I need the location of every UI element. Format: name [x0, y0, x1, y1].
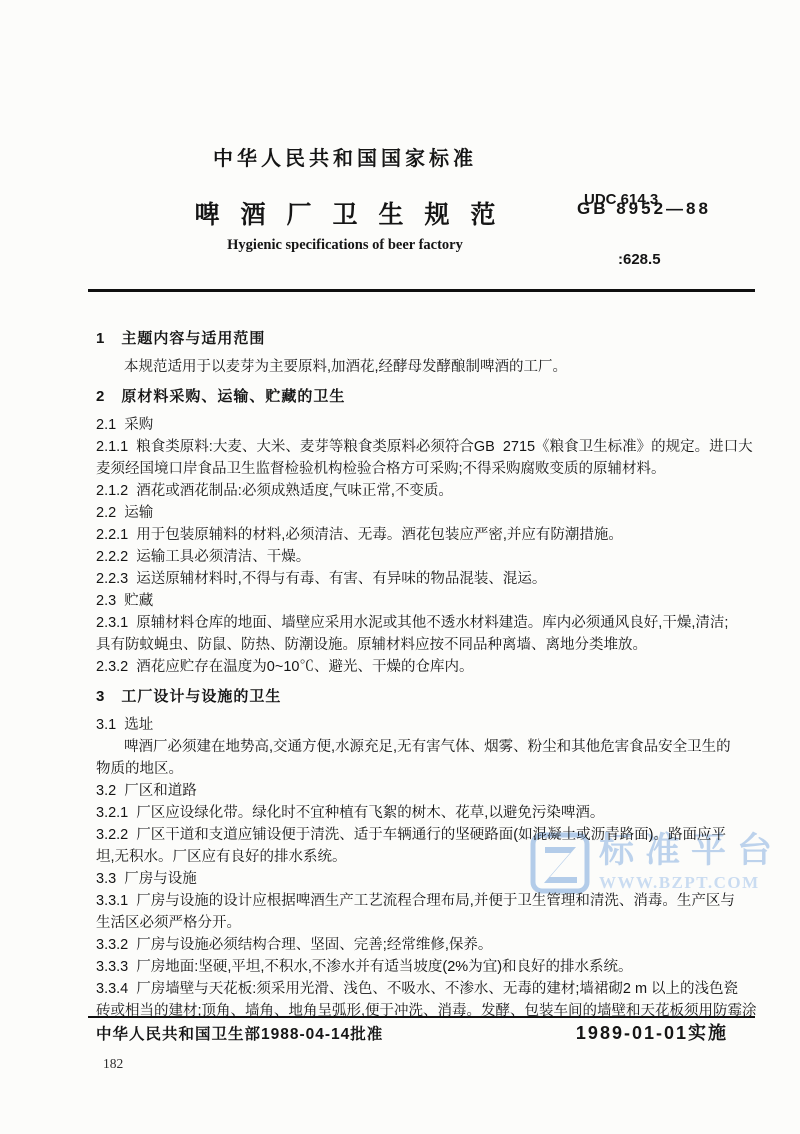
header-divider-rule [88, 289, 755, 292]
body-line: 1 主题内容与适用范围 [96, 328, 756, 350]
page-number: 182 [103, 1056, 123, 1072]
body-line: 2.1.1 粮食类原料:大麦、大米、麦芽等粮食类原料必须符合GB 2715《粮食… [96, 436, 756, 458]
standard-document-page: 中华人民共和国国家标准 UDC 614.3 :628.5 啤酒厂卫生规范 GB … [0, 0, 800, 1134]
body-line: 2.1.2 酒花或酒花制品:必须成熟适度,气味正常,不变质。 [96, 480, 756, 502]
udc-line2: :628.5 [584, 250, 661, 270]
body-line: 3.3.4 厂房墙壁与天花板:须采用光滑、浅色、不吸水、不渗水、无毒的建材;墙裙… [96, 978, 756, 1000]
udc-classification: UDC 614.3 :628.5 [584, 150, 661, 310]
body-line: 3 工厂设计与设施的卫生 [96, 686, 756, 708]
body-line: 2.2.2 运输工具必须清洁、干燥。 [96, 546, 756, 568]
body-line: 2.2.1 用于包装原辅料的材料,必须清洁、无毒。酒花包装应严密,并应有防潮措施… [96, 524, 756, 546]
body-line: 具有防蚊蝇虫、防鼠、防热、防潮设施。原辅材料应按不同品种离墙、离地分类堆放。 [96, 634, 756, 656]
body-line: 生活区必须严格分开。 [96, 912, 756, 934]
body-line: 2.3 贮藏 [96, 590, 756, 612]
body-line: 3.2.2 厂区干道和支道应铺设便于清洗、适于车辆通行的坚硬路面(如混凝土或沥青… [96, 824, 756, 846]
national-standard-label: 中华人民共和国国家标准 [95, 142, 595, 171]
body-line: 2.3.1 原辅材料仓库的地面、墙壁应采用水泥或其他不透水材料建造。库内必须通风… [96, 612, 756, 634]
body-line: 3.1 选址 [96, 714, 756, 736]
body-line: 2.2 运输 [96, 502, 756, 524]
body-line: 2 原材料采购、运输、贮藏的卫生 [96, 386, 756, 408]
document-title-cn: 啤酒厂卫生规范 [95, 195, 595, 231]
body-line: 2.1 采购 [96, 414, 756, 436]
body-line: 3.3 厂房与设施 [96, 868, 756, 890]
document-title-en: Hygienic specifications of beer factory [95, 237, 595, 254]
body-line: 物质的地区。 [96, 758, 756, 780]
body-line: 2.3.2 酒花应贮存在温度为0~10℃、避光、干燥的仓库内。 [96, 656, 756, 678]
standard-code: GB 8952—88 [577, 199, 711, 219]
body-line: 3.2 厂区和道路 [96, 780, 756, 802]
body-line: 啤酒厂必须建在地势高,交通方便,水源充足,无有害气体、烟雾、粉尘和其他危害食品安… [96, 736, 756, 758]
footer-divider-rule [88, 1016, 755, 1018]
body-line: 3.3.2 厂房与设施必须结构合理、坚固、完善;经常维修,保养。 [96, 934, 756, 956]
implementation-date: 1989-01-01实施 [576, 1019, 728, 1045]
body-line: 2.2.3 运送原辅材料时,不得与有毒、有害、有异味的物品混装、混运。 [96, 568, 756, 590]
body-line: 本规范适用于以麦芽为主要原料,加酒花,经酵母发酵酿制啤酒的工厂。 [96, 356, 756, 378]
body-line: 砖或相当的建材;顶角、墙角、地角呈弧形,便于冲洗、消毒。发酵、包装车间的墙壁和天… [96, 1000, 756, 1022]
body-line: 坦,无积水。厂区应有良好的排水系统。 [96, 846, 756, 868]
body-line: 3.2.1 厂区应设绿化带。绿化时不宜种植有飞絮的树木、花草,以避免污染啤酒。 [96, 802, 756, 824]
approval-statement: 中华人民共和国卫生部1988-04-14批准 [96, 1022, 383, 1044]
body-line: 3.3.3 厂房地面:坚硬,平坦,不积水,不渗水并有适当坡度(2%为宜)和良好的… [96, 956, 756, 978]
body-line: 麦须经国境口岸食品卫生监督检验机构检验合格方可采购;不得采购腐败变质的原辅材料。 [96, 458, 756, 480]
body-lines: 1 主题内容与适用范围本规范适用于以麦芽为主要原料,加酒花,经酵母发酵酿制啤酒的… [96, 320, 756, 1022]
body-line: 3.3.1 厂房与设施的设计应根据啤酒生产工艺流程合理布局,并便于卫生管理和清洗… [96, 890, 756, 912]
